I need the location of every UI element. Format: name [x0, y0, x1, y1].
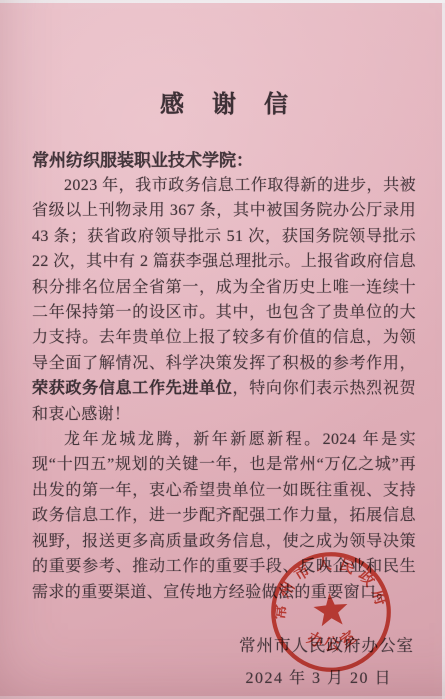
signature-block: 常州市人民政府办公室 2024 年 3 月 20 日 — [32, 632, 416, 688]
paragraph-1-text: 2023 年，我市政务信息工作取得新的进步，共被省级以上刊物录用 367 条，其… — [32, 177, 416, 372]
paragraph-1-emphasis: 荣获政务信息工作先进单位 — [32, 380, 233, 397]
letter-title-text: 感 谢 信 — [160, 84, 299, 119]
paragraph-2: 龙年龙城龙腾，新年新愿新程。2024 年是实现“十四五”规划的关键一年，也是常州… — [32, 427, 416, 605]
salutation: 常州纺织服装职业技术学院： — [32, 148, 416, 173]
letter-title: 感 谢 信 — [32, 84, 416, 119]
signature-date: 2024 年 3 月 20 日 — [32, 665, 416, 688]
paragraph-1: 2023 年，我市政务信息工作取得新的进步，共被省级以上刊物录用 367 条，其… — [32, 173, 416, 427]
letter-photo: 感 谢 信 常州纺织服装职业技术学院： 2023 年，我市政务信息工作取得新的进… — [0, 0, 445, 699]
thank-you-letter: 感 谢 信 常州纺织服装职业技术学院： 2023 年，我市政务信息工作取得新的进… — [32, 0, 416, 688]
signature-org: 常州市人民政府办公室 — [32, 632, 416, 656]
